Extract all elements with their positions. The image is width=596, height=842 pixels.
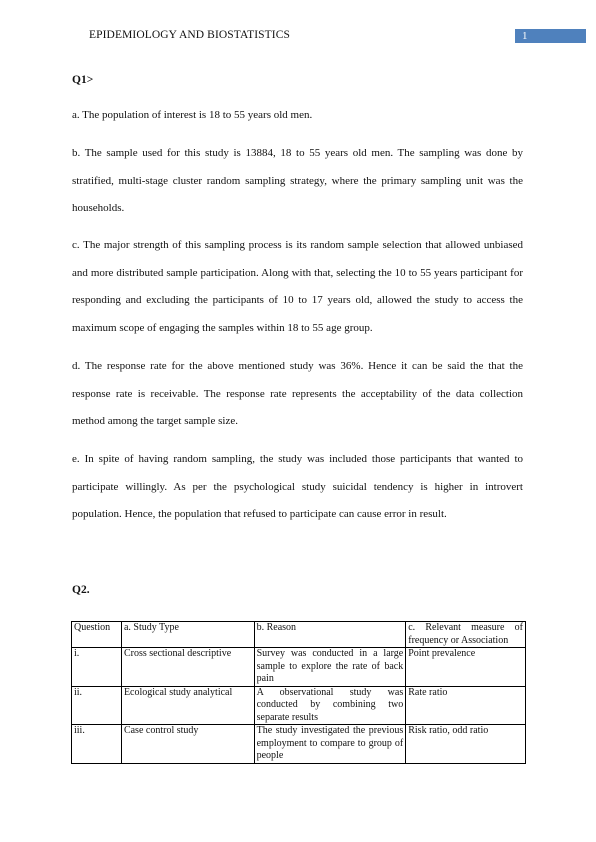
q1-heading: Q1> xyxy=(72,74,93,86)
cell-study-type: Case control study xyxy=(121,725,254,764)
cell-question: i. xyxy=(72,648,122,687)
q1-answer-e: e. In spite of having random sampling, t… xyxy=(72,446,523,529)
cell-study-type: Ecological study analytical xyxy=(121,686,254,725)
table-header-row: Question a. Study Type b. Reason c. Rele… xyxy=(72,622,526,648)
table-row: iii. Case control study The study invest… xyxy=(72,725,526,764)
header-question: Question xyxy=(72,622,122,648)
cell-measure: Point prevalence xyxy=(406,648,526,687)
cell-question: ii. xyxy=(72,686,122,725)
running-header-title: EPIDEMIOLOGY AND BIOSTATISTICS xyxy=(89,29,290,41)
q1-answer-a: a. The population of interest is 18 to 5… xyxy=(72,102,523,130)
q1-answer-b: b. The sample used for this study is 138… xyxy=(72,140,523,223)
cell-study-type: Cross sectional descriptive xyxy=(121,648,254,687)
cell-reason: Survey was conducted in a large sample t… xyxy=(254,648,406,687)
cell-question: iii. xyxy=(72,725,122,764)
table-row: i. Cross sectional descriptive Survey wa… xyxy=(72,648,526,687)
header-reason: b. Reason xyxy=(254,622,406,648)
table-row: ii. Ecological study analytical A observ… xyxy=(72,686,526,725)
cell-measure: Rate ratio xyxy=(406,686,526,725)
cell-measure: Risk ratio, odd ratio xyxy=(406,725,526,764)
q1-answer-d: d. The response rate for the above menti… xyxy=(72,353,523,436)
header-measure: c. Relevant measure of frequency or Asso… xyxy=(406,622,526,648)
q1-answer-c: c. The major strength of this sampling p… xyxy=(72,232,523,342)
cell-reason: The study investigated the previous empl… xyxy=(254,725,406,764)
study-type-table: Question a. Study Type b. Reason c. Rele… xyxy=(71,621,526,764)
page-number-badge: 1 xyxy=(515,29,586,43)
cell-reason: A observational study was conducted by c… xyxy=(254,686,406,725)
header-study-type: a. Study Type xyxy=(121,622,254,648)
q2-heading: Q2. xyxy=(72,584,90,596)
